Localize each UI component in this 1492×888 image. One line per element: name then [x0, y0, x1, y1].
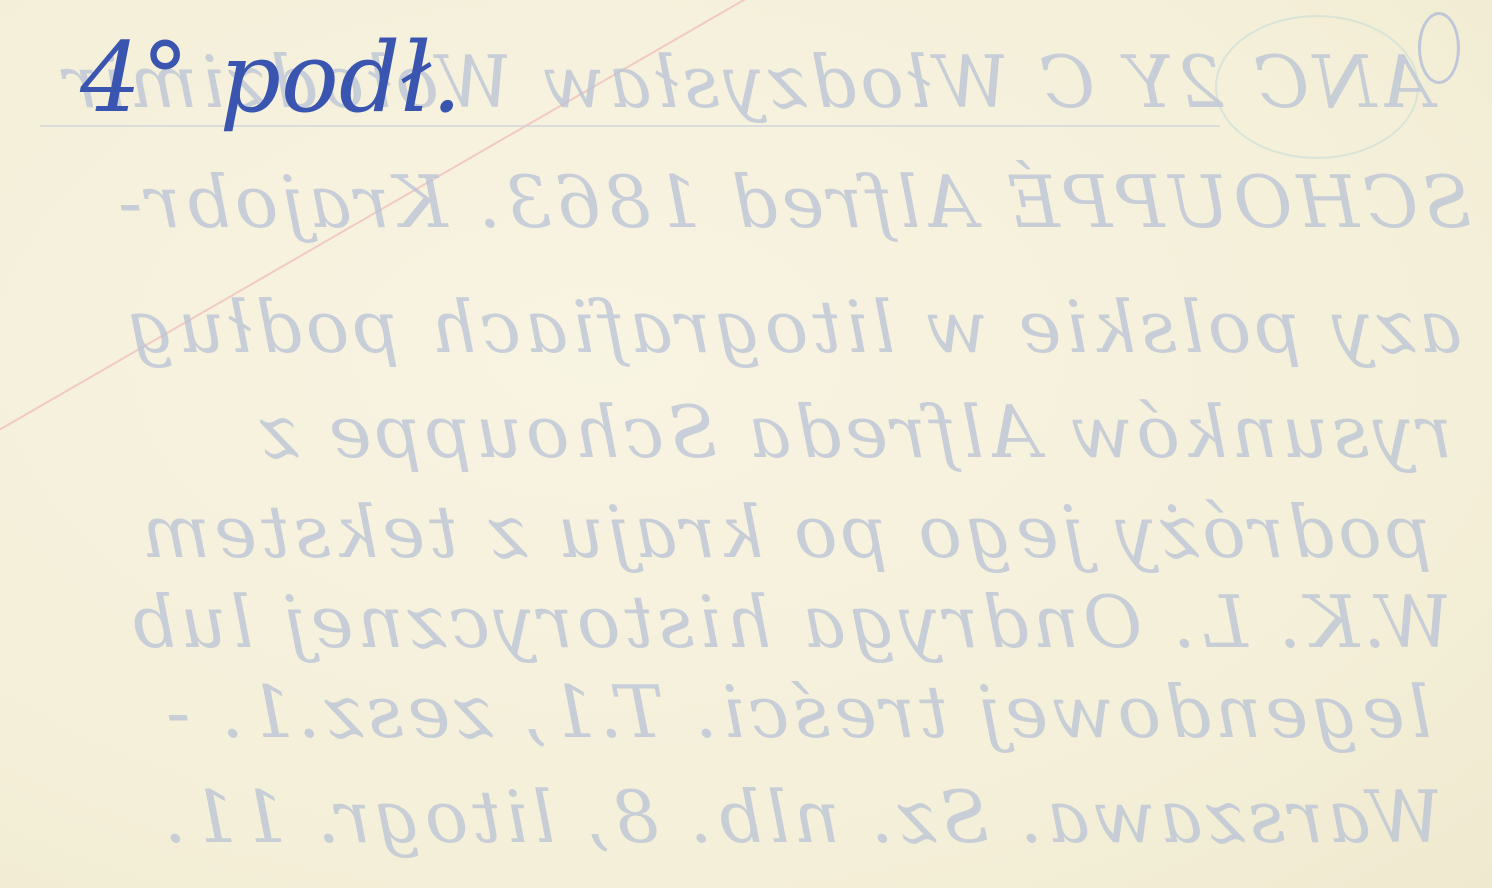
bleed-line-4: rysunków Alfreda Schouppe z	[256, 390, 1452, 474]
bleed-line-3: azy polskie w litografiach podług	[124, 285, 1462, 369]
bleed-line-7: legendowej treści. T.1, zesz.1. -	[162, 670, 1432, 754]
catalog-card: ANC 2Y C Włodzysław Wołodzimir SCHOUPPÉ …	[0, 0, 1492, 888]
bleed-line-5: podróży jego po kraju z tekstem	[138, 490, 1432, 574]
bleed-line-2: SCHOUPPÉ Alfred 1863. Krajobr-	[114, 160, 1472, 244]
bleed-line-8: Warszawa. Sz. nlb. 8, litogr. 11.	[160, 775, 1442, 859]
handwritten-annotation: 4° podł.	[80, 30, 462, 126]
bleed-line-6: W.K. L. Ondryga historycznej lub	[126, 580, 1452, 664]
